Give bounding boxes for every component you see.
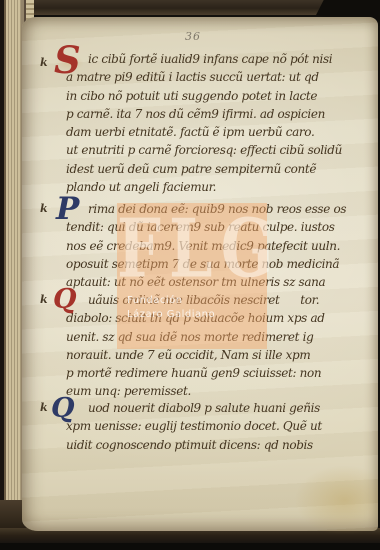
text-line: idest uerũ deũ cum patre sempiternũ cont… bbox=[66, 160, 368, 178]
text-line: ut enutriti p carnẽ forcioresq: effecti … bbox=[66, 141, 368, 159]
margin-mark: k bbox=[40, 293, 48, 306]
text-line: uenit. sz qd sua idẽ nos morte redimeret… bbox=[66, 328, 368, 346]
text-line: tendit: qui dũ iacerem9 sub reatu culpe.… bbox=[66, 218, 368, 236]
paragraph: Q uãuis ordinẽ nre libacõis nesciret tor… bbox=[66, 291, 368, 401]
margin-mark: k bbox=[40, 56, 48, 69]
text-line: p mortẽ redimere huanũ gen9 sciuisset: n… bbox=[66, 364, 368, 382]
paragraph-lines: ic cibũ fortẽ iualid9 infans cape nõ pót… bbox=[66, 50, 368, 196]
paragraph-lines: uãuis ordinẽ nre libacõis nesciret tor.d… bbox=[66, 291, 368, 401]
folio-number: 36 bbox=[185, 30, 201, 43]
illuminated-initial: Q bbox=[53, 286, 77, 313]
manuscript-page: 36 k k k k S ic cibũ fortẽ iualid9 infan… bbox=[22, 17, 378, 531]
text-line: aptauit: ut nõ eẽt ostensor tm ulneris s… bbox=[66, 273, 368, 291]
illuminated-initial: Q bbox=[51, 395, 75, 422]
illuminated-initial: S bbox=[54, 42, 81, 79]
text-line: uod nouerit diabol9 p salute huani geñis bbox=[66, 399, 368, 417]
text-line: norauit. unde 7 eũ occidit, Nam si ille … bbox=[66, 346, 368, 364]
text-line: ic cibũ fortẽ iualid9 infans cape nõ pót… bbox=[66, 50, 368, 68]
text-line: oposuit semetipm 7 de sua morte nob medi… bbox=[66, 255, 368, 273]
illuminated-initial: P bbox=[56, 194, 79, 225]
text-line: dam uerbi etnitatẽ. factũ ẽ ipm uerbũ ca… bbox=[66, 123, 368, 141]
text-line: uidit cognoscendo ptimuit dicens: qd nob… bbox=[66, 436, 368, 454]
text-line: rima dei dona eẽ: quib9 nos nob reos ess… bbox=[66, 200, 368, 218]
text-line: p carnẽ. ita 7 nos dũ cẽm9 ifirmi. ad os… bbox=[66, 105, 368, 123]
parchment-stain bbox=[294, 465, 378, 535]
manuscript-photo: 36 k k k k S ic cibũ fortẽ iualid9 infan… bbox=[0, 0, 380, 550]
paragraph-lines: rima dei dona eẽ: quib9 nos nob reos ess… bbox=[66, 200, 368, 291]
margin-mark: k bbox=[40, 401, 48, 414]
text-line: plando ut angeli faciemur. bbox=[66, 178, 368, 196]
text-line: in cibo nõ potuit uti suggendo potet in … bbox=[66, 87, 368, 105]
paragraph: P rima dei dona eẽ: quib9 nos nob reos e… bbox=[66, 200, 368, 291]
text-line: diabolo: sciuit tñ qd p saluacõe hoium x… bbox=[66, 309, 368, 327]
text-line: nos eẽ credebam9. Venit medic9 patefecit… bbox=[66, 237, 368, 255]
paragraph: S ic cibũ fortẽ iualid9 infans cape nõ p… bbox=[66, 50, 368, 196]
text-line: xpm uenisse: euglij testimonio docet. Qu… bbox=[66, 417, 368, 435]
paragraph: Q uod nouerit diabol9 p salute huani geñ… bbox=[66, 399, 368, 454]
text-line: a matre pi9 editũ i lactis succũ uertat:… bbox=[66, 68, 368, 86]
text-line: uãuis ordinẽ nre libacõis nesciret tor. bbox=[66, 291, 368, 309]
paragraph-lines: uod nouerit diabol9 p salute huani geñis… bbox=[66, 399, 368, 454]
margin-mark: k bbox=[40, 202, 48, 215]
background-surface bbox=[0, 543, 380, 550]
